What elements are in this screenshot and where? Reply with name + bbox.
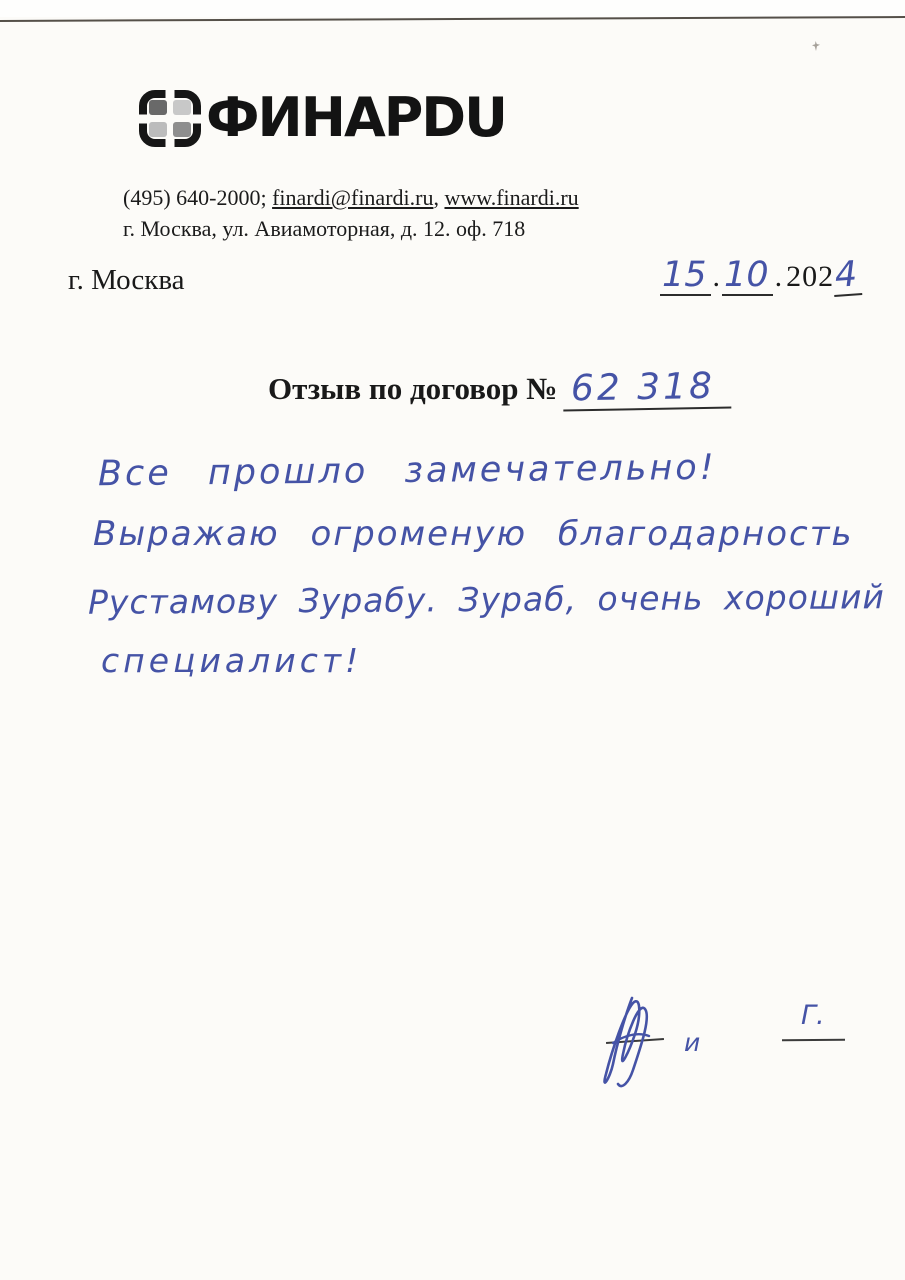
review-line: Все прошло замечательно!: [98, 447, 717, 495]
date-year-digit-handwritten: 4: [832, 257, 863, 297]
date-day-handwritten: 15: [660, 258, 711, 296]
date-month-handwritten: 10: [722, 258, 773, 296]
document-page: ФИНАРDU (495) 640-2000; finardi@finardi.…: [0, 0, 905, 1280]
review-title: Отзыв по договор № 62 318: [268, 370, 731, 410]
contact-line-1: (495) 640-2000; finardi@finardi.ru, www.…: [123, 182, 579, 213]
city-label: г. Москва: [68, 264, 185, 297]
email-text: finardi@finardi.ru: [272, 185, 433, 210]
logo-cell-top-right: [173, 100, 191, 115]
date-year-printed: 202: [786, 260, 834, 294]
logo-cell-bottom-left: [149, 122, 167, 137]
date-dot-2: .: [775, 260, 783, 294]
review-line: Выражаю огроменую благодарность: [93, 514, 854, 555]
comma-text: ,: [433, 185, 439, 210]
address-text: г. Москва, ул. Авиамоторная, д. 12. оф. …: [123, 213, 579, 244]
signature-mark: и: [684, 1028, 700, 1057]
brand-text: ФИНАРDU: [206, 88, 506, 147]
contact-block: (495) 640-2000; finardi@finardi.ru, www.…: [123, 182, 579, 244]
finardi-grid-icon: [139, 90, 201, 147]
logo-cell-bottom-right: [173, 122, 191, 137]
title-label: Отзыв по договор №: [268, 371, 557, 407]
review-line: специалист!: [101, 641, 362, 681]
signature-scribble: [594, 986, 688, 1090]
logo-cell-top-left: [149, 100, 167, 115]
website-text: www.finardi.ru: [444, 185, 578, 210]
review-line: Рустамову Зурабу. Зураб, очень хороший: [88, 577, 885, 622]
phone-text: (495) 640-2000;: [123, 185, 267, 210]
scan-top-margin: [0, 0, 905, 17]
scan-speck: [812, 41, 820, 51]
date-group: 15 . 10 . 202 4: [660, 258, 861, 296]
logo-gap-horizontal: [139, 114, 201, 123]
signature-note-underline: [782, 1039, 845, 1042]
date-dot-1: .: [713, 260, 721, 294]
contract-number-handwritten: 62 318: [563, 369, 732, 412]
signature-note: Г.: [801, 1000, 825, 1031]
